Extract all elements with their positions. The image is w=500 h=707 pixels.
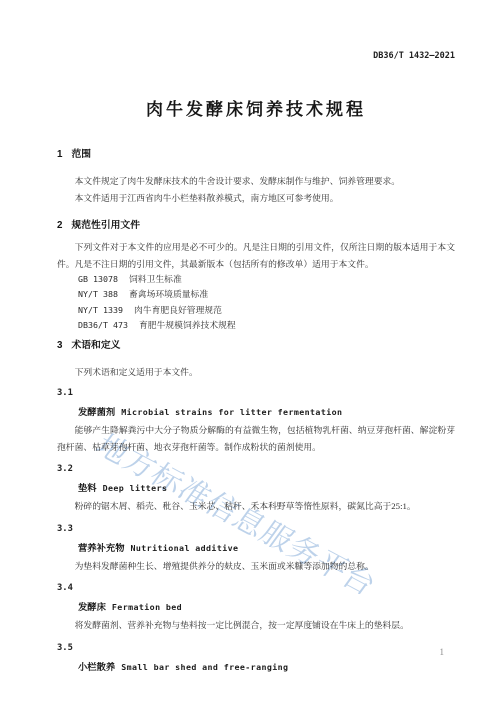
term-number: 3.4 <box>57 582 455 594</box>
reference-item: GB 13078饲料卫生标准 <box>57 272 455 287</box>
term-block-3-1: 3.1 发酵菌剂Microbial strains for litter fer… <box>57 387 455 455</box>
references-intro-paragraph: 下列文件对于本文件的应用是必不可少的。凡是注日期的引用文件，仅所注日期的版本适用… <box>57 239 455 272</box>
term-heading: 垫料Deep litters <box>57 481 455 494</box>
term-name-en: Small bar shed and free-ranging <box>121 662 288 672</box>
reference-title: 育肥牛规模饲养技术规程 <box>139 320 236 330</box>
reference-code: NY/T 1339 <box>78 305 123 315</box>
section-3-heading: 3术语和定义 <box>57 339 455 352</box>
term-block-3-4: 3.4 发酵床Fermation bed 将发酵菌剂、营养补充物与垫料按一定比例… <box>57 582 455 634</box>
reference-code: GB 13078 <box>78 274 118 284</box>
reference-item: NY/T 1339肉牛育肥良好管理规范 <box>57 303 455 318</box>
term-heading: 发酵床Fermation bed <box>57 600 455 613</box>
section-1-title: 范围 <box>71 149 91 160</box>
term-number: 3.3 <box>57 523 455 535</box>
section-3-title: 术语和定义 <box>71 340 120 351</box>
section-normative-references: 2规范性引用文件 下列文件对于本文件的应用是必不可少的。凡是注日期的引用文件，仅… <box>57 219 455 334</box>
term-name-cn: 发酵菌剂 <box>78 407 115 417</box>
scope-paragraph-1: 本文件规定了肉牛发酵床技术的牛舍设计要求、发酵床制作与维护、饲养管理要求。 <box>57 173 455 190</box>
section-3-number: 3 <box>57 340 62 351</box>
section-1-number: 1 <box>57 149 62 160</box>
reference-code: NY/T 388 <box>78 289 118 299</box>
section-scope: 1范围 本文件规定了肉牛发酵床技术的牛舍设计要求、发酵床制作与维护、饲养管理要求… <box>57 148 455 206</box>
term-name-cn: 营养补充物 <box>78 543 125 553</box>
term-number: 3.2 <box>57 463 455 475</box>
reference-title: 饲料卫生标准 <box>129 274 182 284</box>
term-definition: 为垫料发酵菌种生长、增殖提供养分的麸皮、玉米面或米糠等添加物的总称。 <box>57 558 455 575</box>
section-1-heading: 1范围 <box>57 148 455 161</box>
term-heading: 小栏散养Small bar shed and free-ranging <box>57 660 455 673</box>
term-name-en: Deep litters <box>103 483 168 493</box>
term-number: 3.1 <box>57 387 455 399</box>
reference-item: DB36/T 473育肥牛规模饲养技术规程 <box>57 318 455 333</box>
term-block-3-5: 3.5 小栏散养Small bar shed and free-ranging <box>57 642 455 673</box>
term-name-cn: 垫料 <box>78 483 97 493</box>
term-name-en: Microbial strains for litter fermentatio… <box>121 407 342 417</box>
term-heading: 营养补充物Nutritional additive <box>57 541 455 554</box>
term-definition: 粉碎的锯木屑、稻壳、秕谷、玉米芯、秸秆、禾本科野草等惰性原料，碳氮比高于25:1… <box>57 498 455 515</box>
term-heading: 发酵菌剂Microbial strains for litter ferment… <box>57 405 455 418</box>
reference-title: 肉牛育肥良好管理规范 <box>134 305 222 315</box>
term-name-cn: 小栏散养 <box>78 662 115 672</box>
page-content: DB36/T 1432—2021 肉牛发酵床饲养技术规程 1范围 本文件规定了肉… <box>57 0 455 673</box>
term-block-3-2: 3.2 垫料Deep litters 粉碎的锯木屑、稻壳、秕谷、玉米芯、秸秆、禾… <box>57 463 455 515</box>
reference-list: GB 13078饲料卫生标准 NY/T 388畜禽场环境质量标准 NY/T 13… <box>57 272 455 334</box>
term-block-3-3: 3.3 营养补充物Nutritional additive 为垫料发酵菌种生长、… <box>57 523 455 575</box>
reference-code: DB36/T 473 <box>78 320 128 330</box>
reference-title: 畜禽场环境质量标准 <box>129 289 208 299</box>
term-number: 3.5 <box>57 642 455 654</box>
term-name-cn: 发酵床 <box>78 602 106 612</box>
section-2-heading: 2规范性引用文件 <box>57 219 455 232</box>
doc-number: DB36/T 1432—2021 <box>57 50 455 62</box>
terms-intro-paragraph: 下列术语和定义适用于本文件。 <box>57 364 455 381</box>
standard-document-page: 地方标准信息服务平台 DB36/T 1432—2021 肉牛发酵床饲养技术规程 … <box>0 0 500 707</box>
scope-paragraph-2: 本文件适用于江西省肉牛小栏垫料散养模式，南方地区可参考使用。 <box>57 190 455 207</box>
section-2-number: 2 <box>57 220 62 231</box>
term-name-en: Fermation bed <box>112 602 182 612</box>
page-number: 1 <box>440 646 445 658</box>
term-definition: 能够产生降解粪污中大分子物质分解酶的有益微生物，包括植物乳杆菌、纳豆芽孢杆菌、解… <box>57 422 455 455</box>
reference-item: NY/T 388畜禽场环境质量标准 <box>57 287 455 302</box>
section-2-title: 规范性引用文件 <box>71 220 140 231</box>
section-terms-definitions: 3术语和定义 下列术语和定义适用于本文件。 3.1 发酵菌剂Microbial … <box>57 339 455 673</box>
term-name-en: Nutritional additive <box>131 543 239 553</box>
term-definition: 将发酵菌剂、营养补充物与垫料按一定比例混合，按一定厚度铺设在牛床上的垫料层。 <box>57 617 455 634</box>
document-title: 肉牛发酵床饲养技术规程 <box>57 98 455 122</box>
